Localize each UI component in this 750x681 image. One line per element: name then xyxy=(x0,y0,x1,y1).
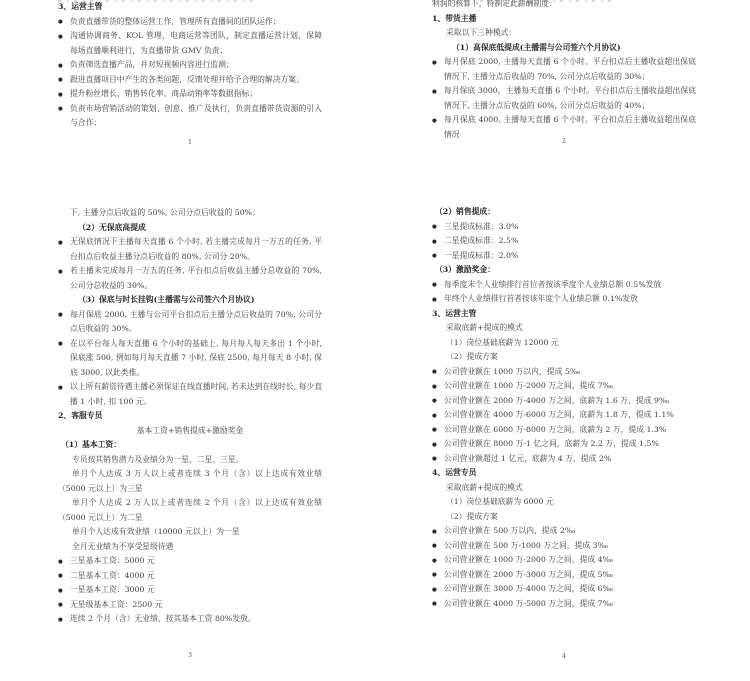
section-heading: 4、运营专员 xyxy=(432,466,696,481)
sub-heading: （1）基本工资： xyxy=(61,438,322,453)
bullet-item: 跟进直播项目中产生的各类问题，反馈处理并给予合理的解决方案； xyxy=(58,73,322,88)
section-heading: 3、运营主管 xyxy=(58,0,322,15)
bullet-item: 无星级基本工资：2500 元 xyxy=(58,598,322,613)
bullet-item: 公司营业额在 2000 万-3000 万之间，提成 5‰ xyxy=(432,568,696,583)
text-line: （2）提成方案 xyxy=(446,350,696,365)
bullet-item: 公司营业额在 4000 万-5000 万之间，提成 7‰ xyxy=(432,597,696,612)
bullet-item: 公司营业额在 500 万以内，提成 2‰ xyxy=(432,524,696,539)
bullet-item: 每月保底 3000，主播每天直播 6 个小时。平台扣点后主播收益超出保底情况下,… xyxy=(432,84,696,113)
bullet-item: 负责市场营销活动的策划、创意、推广及执行，负责直播带货资源的引入与合作； xyxy=(58,102,322,131)
page-2-body: 利润的核算下，特制定此薪酬制度：1、带货主播采取以下三种模式：（1）高保底低提成… xyxy=(432,0,696,142)
page-4-body: （2）销售提成：三星提成标准：3.0%二星提成标准：2.5%一星提成标准：2.0… xyxy=(432,205,696,611)
bullet-item: 每月保底 2000, 主播每天直播 6 个小时。平台扣点后主播收益超出保底情况下… xyxy=(432,55,696,84)
text-line: （1）岗位基础底薪为 12000 元 xyxy=(446,336,696,351)
text-line: 下, 主播分点后收益的 50%, 公司分点后收益的 50%； xyxy=(70,206,322,221)
bullet-item: 负责直播带货的整体运营工作，管理所有直播间的团队运作； xyxy=(58,15,322,30)
bullet-item: 二星提成标准：2.5% xyxy=(432,234,696,249)
bullet-item: 负责筛选直播产品，并对短视频内容进行监测； xyxy=(58,58,322,73)
bullet-item: 公司营业额在 4000 万-6000 万之间，底薪为 1.8 万，提成 1.1% xyxy=(432,408,696,423)
text-line: 专员按其销售潜力及业绩分为一星、二星、三星。 xyxy=(58,453,322,468)
page-number: 2 xyxy=(432,137,696,145)
bullet-item: 公司营业额在 6000 万-8000 万之间，底薪为 2 万，提成 1.3% xyxy=(432,423,696,438)
bullet-item: 一星基本工资：3000 元 xyxy=(58,583,322,598)
section-heading: 3、运营主管 xyxy=(432,307,696,322)
text-line: 单月个人达成 2 万人以上或者连续 2 个月（含）以上达成有效业绩（5000 元… xyxy=(58,496,322,525)
sub-heading: （3）保底与时长挂钩(主播需与公司签六个月协议) xyxy=(78,293,322,308)
bullet-item: 无保底情况下主播每天直播 6 个小时, 若主播完成每月一万五的任务, 平台扣点后… xyxy=(58,235,322,264)
bullet-item: 公司营业额在 1000 万以内，提成 5‰ xyxy=(432,365,696,380)
bullet-item: 一星提成标准：2.0% xyxy=(432,249,696,264)
bullet-item: 公司营业额超过 1 亿元，底薪为 4 万，提成 2% xyxy=(432,452,696,467)
sub-heading: （2）销售提成： xyxy=(435,205,696,220)
page-number: 4 xyxy=(432,652,696,660)
text-line: 单月个人达成有效业绩（10000 元以上）为一星 xyxy=(58,525,322,540)
bullet-item: 公司营业额在 1000 万-2000 万之间，提成 7‰ xyxy=(432,379,696,394)
bullet-item: 若主播未完成每月一万五的任务, 平台扣点后收益主播分总收益的 70%, 公司分总… xyxy=(58,264,322,293)
bullet-item: 公司营业额在 3000 万-4000 万之间，提成 6‰ xyxy=(432,582,696,597)
bullet-item: 二星基本工资：4000 元 xyxy=(58,569,322,584)
bullet-item: 每季度末个人业绩排行首位者按该季度个人业绩总额 0.5%发放 xyxy=(432,278,696,293)
bullet-item: 公司营业额在 2000 万-4000 万之间，底薪为 1.6 万，提成 9‰ xyxy=(432,394,696,409)
sub-heading: （3）激励奖金： xyxy=(435,263,696,278)
section-heading: 2、客服专员 xyxy=(58,409,322,424)
text-line: 采取底薪+提成的模式 xyxy=(446,481,696,496)
page-1-body: 3、运营主管负责直播带货的整体运营工作，管理所有直播间的团队运作；沟通协调商务、… xyxy=(58,0,322,131)
sub-heading: （2）无保底高提成 xyxy=(78,221,322,236)
page-3-body: 下, 主播分点后收益的 50%, 公司分点后收益的 50%；（2）无保底高提成无… xyxy=(58,206,322,627)
text-line: 单月个人达成 3 万人以上或者连续 3 个月（含）以上达成有效业绩（5000 元… xyxy=(58,467,322,496)
page-number: 1 xyxy=(58,138,322,146)
bullet-item: 公司营业额在 8000 万-1 亿之间，底薪为 2.2 万，提成 1.5% xyxy=(432,437,696,452)
text-line: （1）岗位基础底薪为 6000 元 xyxy=(446,495,696,510)
section-heading: 1、带货主播 xyxy=(432,12,696,27)
bullet-item: 在以平台每人每天直播 6 个小时的基础上, 每月每人每天多出 1 个小时, 保底… xyxy=(58,337,322,381)
bullet-item: 提升粉丝增长、销售转化率、商品动销率等数据指标； xyxy=(58,87,322,102)
bullet-item: 公司营业额在 500 万-1000 万之间，提成 3‰ xyxy=(432,539,696,554)
bullet-item: 公司营业额在 1000 万-2000 万之间，提成 4‰ xyxy=(432,553,696,568)
bullet-item: 以上所有薪资待遇主播必须保证在线直播时间, 若未达到在线时长, 每少直播 1 小… xyxy=(58,380,322,409)
bullet-item: 连续 2 个月（含）无业绩，按其基本工资 80%发放。 xyxy=(58,612,322,627)
sub-heading: （1）高保底低提成(主播需与公司签六个月协议) xyxy=(452,41,696,56)
bullet-item: 三星提成标准：3.0% xyxy=(432,220,696,235)
bullet-item: 三星基本工资：5000 元 xyxy=(58,554,322,569)
centered-formula-line: 基本工资+销售提成+激励奖金 xyxy=(58,424,322,439)
text-line: 采取以下三种模式： xyxy=(446,26,696,41)
document-viewport: 3、运营主管负责直播带货的整体运营工作，管理所有直播间的团队运作；沟通协调商务、… xyxy=(0,0,750,681)
page-number: 3 xyxy=(58,651,322,659)
bullet-item: 每月保底 2000, 主播与公司平台扣点后主播分点后收益的 70%, 公司分点后… xyxy=(58,308,322,337)
bullet-item: 沟通协调商务、KOL 管理、电商运营等团队，制定直播运营计划，保障每场直播顺利进… xyxy=(58,29,322,58)
bullet-item: 年终个人业绩排行首者按该年度个人业绩总额 0.1%发放 xyxy=(432,292,696,307)
text-line: 全月无业绩为不享受星级待遇 xyxy=(58,540,322,555)
text-line: 利润的核算下，特制定此薪酬制度： xyxy=(432,0,696,12)
text-line: （2）提成方案 xyxy=(446,510,696,525)
text-line: 采取底薪+提成的模式 xyxy=(446,321,696,336)
